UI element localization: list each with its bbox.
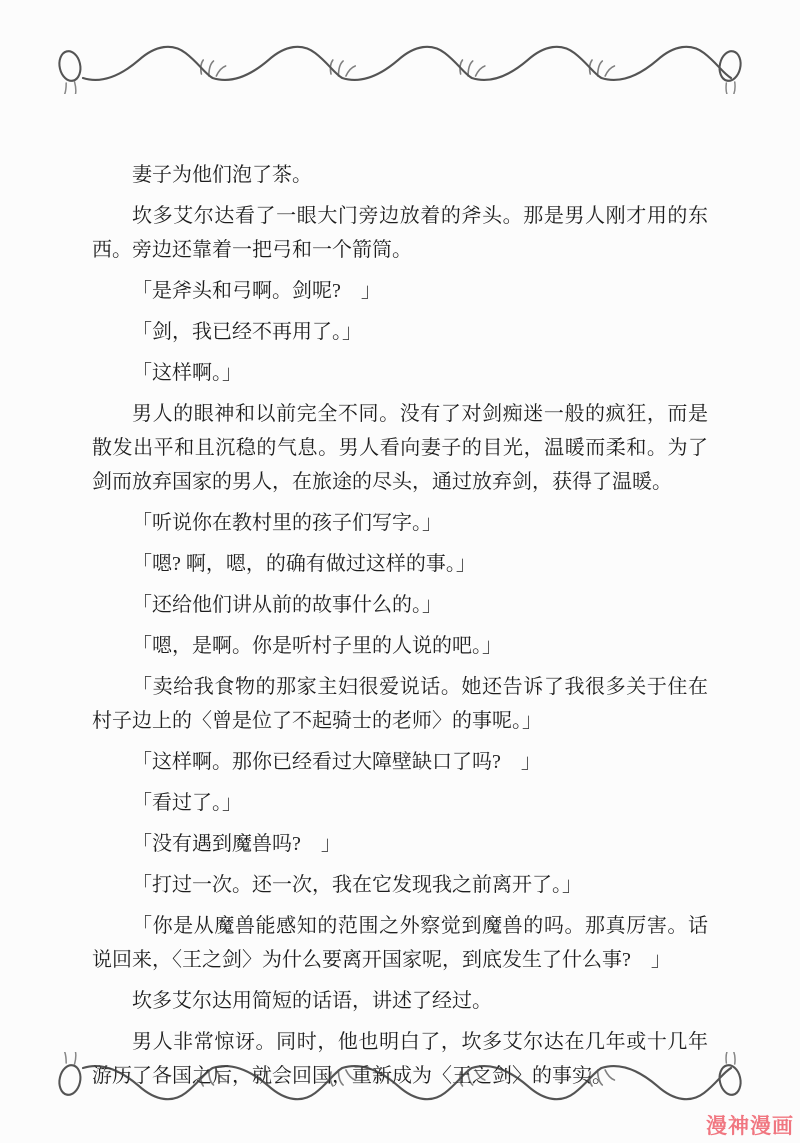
flourish-border-bottom-icon	[55, 1052, 745, 1104]
novel-text: 妻子为他们泡了茶。 坎多艾尔达看了一眼大门旁边放着的斧头。那是男人刚才用的东西。…	[92, 158, 708, 1100]
paragraph: 「听说你在教村里的孩子们写字。」	[92, 506, 708, 540]
paragraph: 坎多艾尔达用简短的话语，讲述了经过。	[92, 984, 708, 1018]
paragraph: 妻子为他们泡了茶。	[92, 158, 708, 192]
paragraph: 「打过一次。还一次，我在它发现我之前离开了。」	[92, 868, 708, 902]
paragraph: 「是斧头和弓啊。剑呢? 」	[92, 274, 708, 308]
paragraph: 「这样啊。」	[92, 356, 708, 390]
paragraph: 「嗯? 啊，嗯，的确有做过这样的事。」	[92, 547, 708, 581]
paragraph: 「你是从魔兽能感知的范围之外察觉到魔兽的吗。那真厉害。话说回来，〈王之剑〉为什么…	[92, 909, 708, 977]
paragraph: 「没有遇到魔兽吗? 」	[92, 827, 708, 861]
paragraph: 「剑，我已经不再用了。」	[92, 315, 708, 349]
paragraph: 「还给他们讲从前的故事什么的。」	[92, 588, 708, 622]
paragraph: 「这样啊。那你已经看过大障壁缺口了吗? 」	[92, 745, 708, 779]
paragraph: 坎多艾尔达看了一眼大门旁边放着的斧头。那是男人刚才用的东西。旁边还靠着一把弓和一…	[92, 199, 708, 267]
book-page: { "page": { "paragraphs": [ { "text": "妻…	[0, 0, 800, 1143]
paragraph: 男人的眼神和以前完全不同。没有了对剑痴迷一般的疯狂，而是散发出平和且沉稳的气息。…	[92, 397, 708, 499]
paragraph: 「卖给我食物的那家主妇很爱说话。她还告诉了我很多关于住在村子边上的〈曾是位了不起…	[92, 670, 708, 738]
paragraph: 「看过了。」	[92, 786, 708, 820]
watermark: 漫神漫画	[706, 1110, 794, 1140]
flourish-border-top-icon	[55, 42, 745, 94]
paragraph: 「嗯，是啊。你是听村子里的人说的吧。」	[92, 629, 708, 663]
